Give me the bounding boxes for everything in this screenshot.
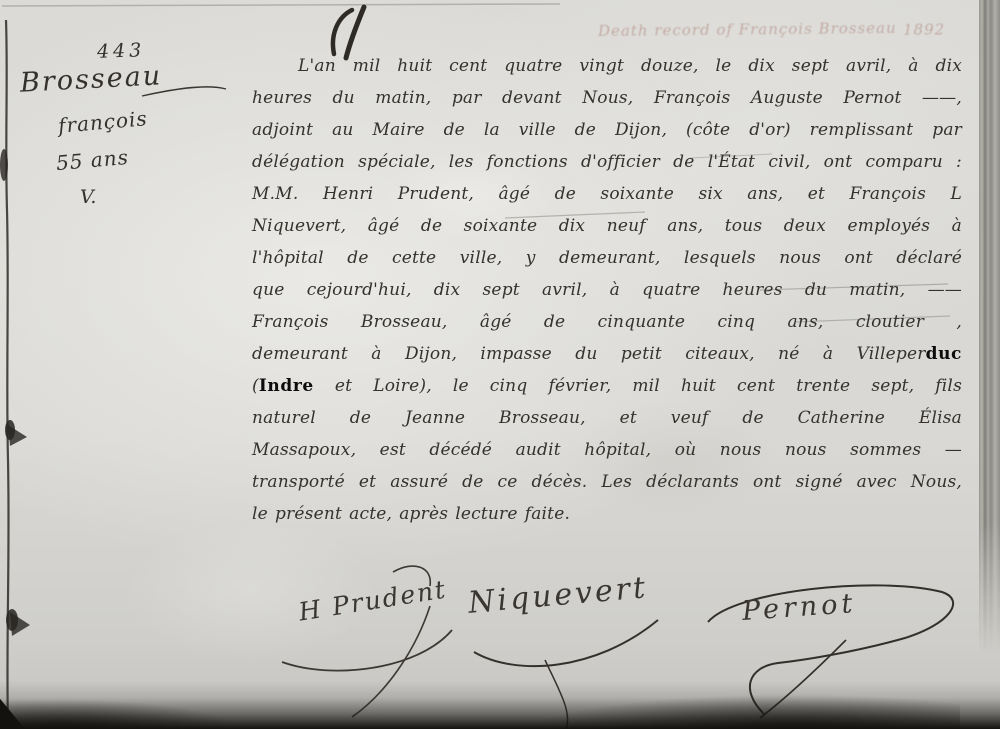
margin-firstname: françois: [57, 106, 148, 138]
act-line: François Brosseau, âgé de cinquante cinq…: [252, 306, 962, 338]
act-text: Niquevert, âgé de soixante dix neuf ans,…: [252, 216, 962, 236]
act-line: Niquevert, âgé de soixante dix neuf ans,…: [252, 210, 962, 242]
act-text: que cejourd'hui, dix sept avril, à quatr…: [252, 280, 962, 300]
act-text: Massapoux, est décédé audit hôpital, où …: [252, 440, 962, 460]
act-line: L'an mil huit cent quatre vingt douze, l…: [252, 50, 962, 82]
binding-blob: [5, 420, 15, 440]
binding-blob: [6, 609, 18, 631]
act-text: l'hôpital de cette ville, y demeurant, l…: [252, 248, 962, 268]
act-text: L'an mil huit cent quatre vingt douze, l…: [298, 56, 962, 76]
act-text: naturel de Jeanne Brosseau, et veuf de C…: [252, 408, 962, 428]
scanned-death-record-page: Death record of François Brosseau 1892: [0, 0, 1000, 729]
scan-top-edge-line: [2, 4, 560, 6]
book-page-edges: [979, 0, 1000, 655]
folio-mark-stroke: [333, 10, 352, 54]
act-text: M.M. Henri Prudent, âgé de soixante six …: [252, 184, 962, 204]
margin-surname: Brosseau: [19, 60, 163, 98]
signature-niquevert: Niquevert: [467, 570, 650, 621]
bleed-through-year: 1892: [903, 20, 945, 38]
binding-blob: [8, 425, 27, 446]
act-line: le présent acte, après lecture faite.: [252, 498, 962, 530]
act-line: M.M. Henri Prudent, âgé de soixante six …: [252, 178, 962, 210]
act-text: demeurant à Dijon, impasse du petit cite…: [252, 344, 926, 364]
act-body: L'an mil huit cent quatre vingt douze, l…: [252, 50, 962, 530]
binding-blob: [10, 612, 30, 636]
act-line: (Indre et Loire), le cinq février, mil h…: [252, 370, 962, 402]
act-text: (: [252, 376, 259, 396]
act-line: transporté et assuré de ce décès. Les dé…: [252, 466, 962, 498]
later-ink-annotation: duc: [926, 344, 962, 364]
act-line: que cejourd'hui, dix sept avril, à quatr…: [252, 274, 962, 306]
act-line: Massapoux, est décédé audit hôpital, où …: [252, 434, 962, 466]
bleed-through-text: Death record of François Brosseau: [598, 19, 897, 40]
act-line: heures du matin, par devant Nous, Franço…: [252, 82, 962, 114]
act-text: délégation spéciale, les fonctions d'off…: [252, 152, 962, 172]
signature-prudent: H Prudent: [297, 574, 449, 626]
act-text: François Brosseau, âgé de cinquante cinq…: [252, 312, 962, 332]
margin-act-number: 443: [97, 39, 146, 63]
act-text: heures du matin, par devant Nous, Franço…: [252, 88, 962, 108]
signature-flourish-middle: [474, 620, 658, 666]
act-line: délégation spéciale, les fonctions d'off…: [252, 146, 962, 178]
act-line: l'hôpital de cette ville, y demeurant, l…: [252, 242, 962, 274]
signature-flourish-left: [282, 630, 452, 671]
act-line: adjoint au Maire de la ville de Dijon, (…: [252, 114, 962, 146]
act-line: demeurant à Dijon, impasse du petit cite…: [252, 338, 962, 370]
later-ink-annotation: Indre: [259, 376, 314, 396]
act-text: transporté et assuré de ce décès. Les dé…: [252, 472, 962, 492]
bleed-through-annotation: Death record of François Brosseau 1892: [598, 18, 978, 40]
margin-widower-note: V.: [80, 186, 96, 208]
act-text: le présent acte, après lecture faite.: [252, 504, 570, 524]
binding-stitch-line: [6, 20, 9, 729]
binding-blob: [0, 149, 8, 181]
act-text: adjoint au Maire de la ville de Dijon, (…: [252, 120, 962, 140]
act-text: et Loire), le cinq février, mil huit cen…: [314, 376, 962, 396]
act-line: naturel de Jeanne Brosseau, et veuf de C…: [252, 402, 962, 434]
margin-age: 55 ans: [55, 145, 130, 175]
signature-pernot: Pernot: [741, 588, 857, 627]
scan-bottom-shadow: [0, 681, 1000, 729]
